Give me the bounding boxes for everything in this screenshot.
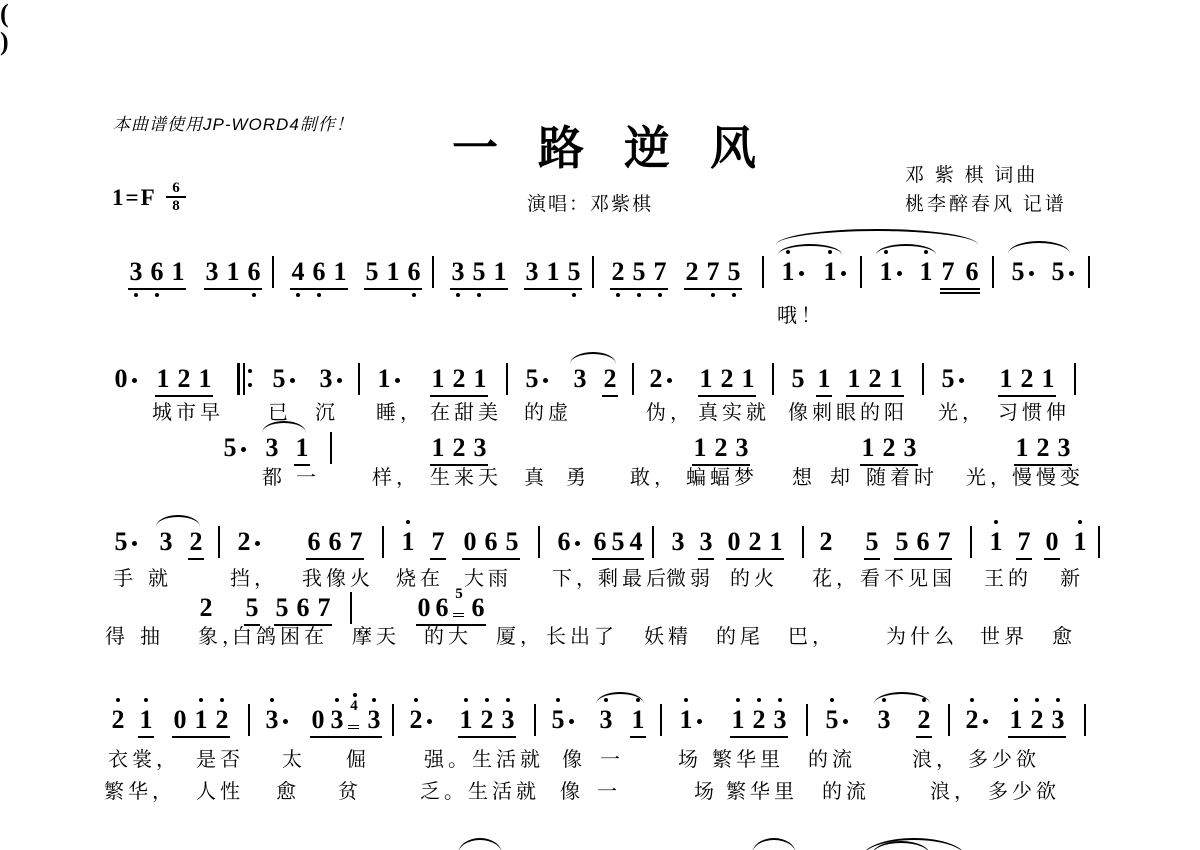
beam-underline [846, 395, 904, 397]
note-digit: 0 [172, 706, 188, 734]
note-digit: 6 [592, 528, 608, 556]
note-group: 1 [1072, 528, 1088, 556]
barline [592, 256, 594, 288]
note-group: 121 [846, 365, 904, 393]
slur-arc [776, 229, 978, 245]
note-digit: 2 [713, 434, 729, 462]
lyric-chunk: 一 [597, 780, 621, 804]
note-group: 3 [158, 528, 174, 556]
octave-dot-low [658, 293, 662, 297]
slur-arc [876, 244, 936, 255]
note-digit: 6 [483, 528, 499, 556]
barline [948, 704, 950, 736]
note-digit: 5 [244, 594, 260, 622]
note-digit: 2 [408, 706, 424, 734]
slur-arc [156, 515, 200, 527]
note-group: 5 [550, 706, 566, 734]
note-digit: 6 [406, 258, 422, 286]
lyric-chunk: 伪， [646, 401, 694, 425]
note-digit: 3 [598, 706, 614, 734]
note-digit: 5 [113, 528, 129, 556]
note-digit: 5 [1050, 258, 1066, 286]
lyric-chunk: 随着时 [866, 466, 938, 490]
beam-underline [204, 288, 262, 290]
note-group: 5 [864, 528, 880, 556]
repeat-sign-bar [243, 363, 245, 395]
lyric-chunk: 乏。生活就 [420, 780, 540, 804]
note-underline [1016, 558, 1032, 560]
note-digit: 1 [155, 365, 171, 393]
beam-underline [462, 558, 520, 560]
lyric-chunk: 沉 [315, 401, 339, 425]
note-digit: 0 [1044, 528, 1060, 556]
lyric-chunk: 睡， [376, 401, 424, 425]
note-digit: 2 [648, 365, 664, 393]
note-digit: 5 [364, 258, 380, 286]
lyric-chunk: 真 [524, 466, 548, 490]
octave-dot-low [477, 293, 481, 297]
note-digit: 3 [902, 434, 918, 462]
note-underline [816, 395, 832, 397]
octave-dot-low [616, 293, 620, 297]
duration-dot [1029, 271, 1034, 276]
duration-dot [799, 271, 804, 276]
note-group: 1 [816, 365, 832, 393]
lyric-chunk: 烧在 [396, 567, 444, 591]
octave-dot-high [144, 698, 148, 702]
lyric-chunk: 新 [1060, 567, 1084, 591]
note-digit: 6 [915, 528, 931, 556]
lyric-chunk: 习惯伸 [998, 401, 1070, 425]
note-group: 516 [364, 258, 422, 286]
lyric-chunk: 摩天 [352, 625, 400, 649]
note-digit: 2 [451, 365, 467, 393]
lyric-chunk: 生来天 [430, 466, 502, 490]
lyric-chunk: 的流 [822, 780, 870, 804]
duration-dot [667, 378, 672, 383]
barline [652, 526, 654, 558]
beam-underline [290, 288, 348, 290]
note-group: 1 [630, 706, 646, 734]
note-group: 021 [726, 528, 784, 556]
note-digit: 1 [545, 258, 561, 286]
barline [350, 592, 352, 624]
note-underline [188, 558, 204, 560]
lyric-chunk: 王的 [984, 567, 1032, 591]
note-group: 5 [790, 365, 806, 393]
lyric-chunk: 得 [105, 625, 129, 649]
beam-underline [306, 558, 364, 560]
note-digit: 3 [734, 434, 750, 462]
octave-dot-high [335, 698, 339, 702]
beam-underline [155, 395, 213, 397]
barline [806, 704, 808, 736]
barline [762, 256, 764, 288]
beam-underline [430, 395, 488, 397]
note-digit: 1 [768, 528, 784, 556]
note-digit: 5 [471, 258, 487, 286]
note-digit: 5 [271, 365, 287, 393]
duration-dot [575, 541, 580, 546]
sheet-page: 本曲谱使用JP-WORD4制作！ 一路逆风 1=F 6 8 演唱：邓紫棋 邓 紫… [0, 0, 1200, 850]
note-digit: 1 [1072, 528, 1088, 556]
note-group: 7 [1016, 528, 1032, 556]
lyric-chunk: 慢慢变 [1012, 466, 1084, 490]
lyric-chunk: 花， [812, 567, 860, 591]
beam-underline [310, 736, 382, 738]
note-digit: 1 [846, 365, 862, 393]
note-digit: 3 [876, 706, 892, 734]
note-digit: 6 [246, 258, 262, 286]
note-digit: 5 [524, 365, 540, 393]
beam-underline [684, 288, 742, 290]
note-underline [698, 558, 714, 560]
duration-dot [290, 378, 295, 383]
note-group: 2 [188, 528, 204, 556]
note-group: 3 [876, 706, 892, 734]
barline [506, 363, 508, 395]
octave-dot-high [994, 520, 998, 524]
octave-dot-high [1035, 698, 1039, 702]
grace-note-digit: 5 [452, 587, 466, 602]
grace-note-digit: 4 [347, 699, 361, 714]
duration-dot [841, 271, 846, 276]
note-digit: 1 [385, 258, 401, 286]
note-group: 5 [824, 706, 840, 734]
octave-dot-low [456, 293, 460, 297]
note-digit: 3 [472, 434, 488, 462]
note-digit: 7 [430, 528, 446, 556]
note-group: 2 [648, 365, 664, 393]
octave-dot-high [199, 698, 203, 702]
barline [922, 363, 924, 395]
close-paren: ) [0, 28, 1200, 56]
lyric-chunk: 光， [966, 466, 1014, 490]
duration-dot [427, 719, 432, 724]
octave-dot-high [1078, 520, 1082, 524]
note-digit: 1 [1008, 706, 1024, 734]
note-digit: 2 [110, 706, 126, 734]
note-digit: 5 [566, 258, 582, 286]
note-group: 121 [998, 365, 1056, 393]
duration-dot [241, 447, 246, 452]
lyric-chunk: 长出了 [546, 625, 618, 649]
note-group: 123 [730, 706, 788, 734]
note-underline [916, 736, 932, 738]
note-underline [864, 558, 880, 560]
note-digit: 6 [327, 528, 343, 556]
note-digit: 1 [492, 258, 508, 286]
note-group: 5 [244, 594, 260, 622]
duration-dot [283, 719, 288, 724]
lyric-chunk: 像 [562, 748, 586, 772]
note-digit: 2 [684, 258, 700, 286]
octave-dot-low [572, 293, 576, 297]
grace-underline [453, 613, 464, 614]
octave-dot-low [134, 293, 138, 297]
note-digit: 1 [332, 258, 348, 286]
note-digit: 3 [158, 528, 174, 556]
barline [330, 432, 332, 464]
note-digit: 7 [316, 594, 332, 622]
beam-underline [592, 558, 644, 560]
note-digit: 3 [366, 706, 382, 734]
octave-dot-high [353, 693, 357, 697]
note-digit: 5 [894, 528, 910, 556]
note-group: 3 [264, 706, 280, 734]
note-digit: 1 [730, 706, 746, 734]
note-digit: 0 [310, 706, 326, 734]
note-digit: 5 [610, 528, 626, 556]
octave-dot-low [252, 293, 256, 297]
repeat-sign-dot [248, 383, 252, 387]
lyric-chunk: 挡， [230, 567, 278, 591]
note-digit: 6 [556, 528, 572, 556]
barline [392, 704, 394, 736]
duration-dot [983, 719, 988, 724]
lyric-chunk: 的流 [808, 748, 856, 772]
beam-underline [940, 288, 980, 290]
lyric-chunk: 为什么 [886, 625, 958, 649]
lyric-chunk: 倔 [346, 748, 370, 772]
note-group: 1 [138, 706, 154, 734]
note-group: 2 [602, 365, 618, 393]
note-digit: 2 [610, 258, 626, 286]
barline [632, 363, 634, 395]
note-group: 3 [698, 528, 714, 556]
note-group: 5 [271, 365, 287, 393]
duration-dot [337, 378, 342, 383]
note-group: 123 [458, 706, 516, 734]
note-digit: 3 [698, 528, 714, 556]
note-digit: 5 [790, 365, 806, 393]
note-group: 121 [430, 365, 488, 393]
lyric-chunk: 衣裳， [108, 748, 180, 772]
note-digit: 2 [188, 528, 204, 556]
note-digit: 2 [602, 365, 618, 393]
note-group: 2 [236, 528, 252, 556]
note-digit: 2 [916, 706, 932, 734]
beam-underline [730, 736, 788, 738]
barline [772, 363, 774, 395]
beam-underline [450, 288, 508, 290]
lyric-chunk: 像刺眼的阳 [788, 401, 908, 425]
octave-dot-high [778, 698, 782, 702]
barline [992, 256, 994, 288]
note-group: 1 [678, 706, 694, 734]
note-group: 567 [894, 528, 952, 556]
note-digit: 0 [726, 528, 742, 556]
barline [1084, 704, 1086, 736]
lyric-chunk: 样， [372, 466, 420, 490]
note-group: 123 [1008, 706, 1066, 734]
beam-underline [364, 288, 422, 290]
note-group: 123 [692, 434, 750, 462]
duration-dot [569, 719, 574, 724]
duration-dot [255, 541, 260, 546]
note-digit: 7 [705, 258, 721, 286]
note-group: 654 [592, 528, 644, 556]
note-digit: 1 [294, 434, 310, 462]
octave-dot-low [296, 293, 300, 297]
note-group: 667 [306, 528, 364, 556]
note-digit: 5 [222, 434, 238, 462]
note-digit: 2 [1035, 434, 1051, 462]
note-group: 5 [113, 528, 129, 556]
lyric-chunk: 是否 [196, 748, 244, 772]
duration-dot [959, 378, 964, 383]
duration-dot [132, 378, 137, 383]
beam-underline [172, 736, 230, 738]
lyric-chunk: 妖精 [644, 625, 692, 649]
note-digit: 0 [113, 365, 129, 393]
note-digit: 2 [867, 365, 883, 393]
note-group: 3 [670, 528, 686, 556]
note-digit: 3 [670, 528, 686, 556]
octave-dot-high [757, 698, 761, 702]
note-digit: 1 [458, 706, 474, 734]
lyric-chunk: 勇 [566, 466, 590, 490]
note-digit: 3 [264, 434, 280, 462]
lyric-chunk: 像 [560, 780, 584, 804]
note-digit: 3 [772, 706, 788, 734]
note-digit: 1 [888, 365, 904, 393]
lyric-chunk: 多少欲 [988, 780, 1060, 804]
note-group: 123 [1014, 434, 1072, 462]
beam-underline [698, 395, 756, 397]
note-digit: 2 [1019, 365, 1035, 393]
note-digit: 3 [500, 706, 516, 734]
note-digit: 3 [1050, 706, 1066, 734]
barline [218, 526, 220, 558]
note-group: 6 [556, 528, 572, 556]
octave-dot-high [270, 698, 274, 702]
lyric-chunk: 都 [262, 466, 286, 490]
grace-underline [453, 616, 464, 617]
note-digit: 1 [193, 706, 209, 734]
beam-underline [940, 292, 980, 294]
lyric-chunk: 城市早 [152, 401, 224, 425]
barline [860, 256, 862, 288]
note-group: 0 [1044, 528, 1060, 556]
lyric-chunk: 贫 [338, 780, 362, 804]
note-digit: 2 [479, 706, 495, 734]
lyric-chunk: 真实就 [698, 401, 770, 425]
score-layer: (361316461516351315257275)11117655哦！0121… [0, 0, 1200, 850]
barline [1074, 363, 1076, 395]
note-underline [630, 736, 646, 738]
note-digit: 1 [472, 365, 488, 393]
lyric-chunk: 手 [113, 567, 137, 591]
lyric-chunk: 剩最后 [598, 567, 670, 591]
lyric-chunk: 我像火 [302, 567, 374, 591]
note-digit: 3 [524, 258, 540, 286]
note-digit: 1 [860, 434, 876, 462]
note-group: 1 [918, 258, 934, 286]
note-digit: 5 [274, 594, 290, 622]
note-digit: 5 [940, 365, 956, 393]
beam-underline [128, 288, 186, 290]
note-underline [602, 395, 618, 397]
note-digit: 5 [504, 528, 520, 556]
note-digit: 1 [878, 258, 894, 286]
note-digit: 1 [400, 528, 416, 556]
octave-dot-high [406, 520, 410, 524]
note-digit: 1 [698, 365, 714, 393]
note-digit: 4 [628, 528, 644, 556]
note-group: 0656 [416, 594, 486, 622]
lyric-chunk: 一 [296, 466, 320, 490]
octave-dot-high [464, 698, 468, 702]
note-digit: 3 [450, 258, 466, 286]
octave-dot-high [372, 698, 376, 702]
note-group: 7 [430, 528, 446, 556]
note-group: 2 [110, 706, 126, 734]
lyric-chunk: 的火 [730, 567, 778, 591]
beam-underline [998, 395, 1056, 397]
lyric-chunk: 场 [694, 780, 718, 804]
barline [538, 526, 540, 558]
lyric-chunk: 敢， [630, 466, 678, 490]
duration-dot [897, 271, 902, 276]
barline [382, 526, 384, 558]
note-group: 1 [376, 365, 392, 393]
note-digit: 2 [236, 528, 252, 556]
octave-dot-high [1056, 698, 1060, 702]
lyric-chunk: 浪， [930, 780, 978, 804]
octave-dot-high [556, 698, 560, 702]
lyric-chunk: 一 [600, 748, 624, 772]
note-digit: 1 [988, 528, 1004, 556]
slur-arc [596, 692, 644, 704]
note-digit: 2 [451, 434, 467, 462]
barline [970, 526, 972, 558]
lyric-chunk: 愈 [1052, 625, 1076, 649]
barline [358, 363, 360, 395]
note-digit: 7 [940, 258, 956, 286]
lyric-chunk: 场 [678, 748, 702, 772]
note-group: 3 [318, 365, 334, 393]
note-group: 3 [598, 706, 614, 734]
note-digit: 6 [311, 258, 327, 286]
note-digit: 5 [1010, 258, 1026, 286]
octave-dot-low [711, 293, 715, 297]
lyric-chunk: 下， [552, 567, 600, 591]
note-digit: 2 [1029, 706, 1045, 734]
slur-arc [778, 244, 842, 255]
note-digit: 1 [138, 706, 154, 734]
barline [660, 704, 662, 736]
duration-dot [697, 719, 702, 724]
note-digit: 3 [128, 258, 144, 286]
note-group: 76 [940, 258, 980, 286]
octave-dot-high [1014, 698, 1018, 702]
octave-dot-high [485, 698, 489, 702]
beam-underline [524, 288, 582, 290]
note-digit: 3 [264, 706, 280, 734]
repeat-sign-dot [248, 369, 252, 373]
slur-arc [874, 692, 930, 704]
note-digit: 3 [318, 365, 334, 393]
note-group: 0 [113, 365, 129, 393]
octave-dot-high [220, 698, 224, 702]
lyric-chunk: 多少欲 [968, 748, 1040, 772]
note-digit: 2 [881, 434, 897, 462]
grace-underline [348, 728, 359, 729]
duration-dot [543, 378, 548, 383]
note-group: 2 [198, 594, 214, 622]
note-digit: 6 [149, 258, 165, 286]
